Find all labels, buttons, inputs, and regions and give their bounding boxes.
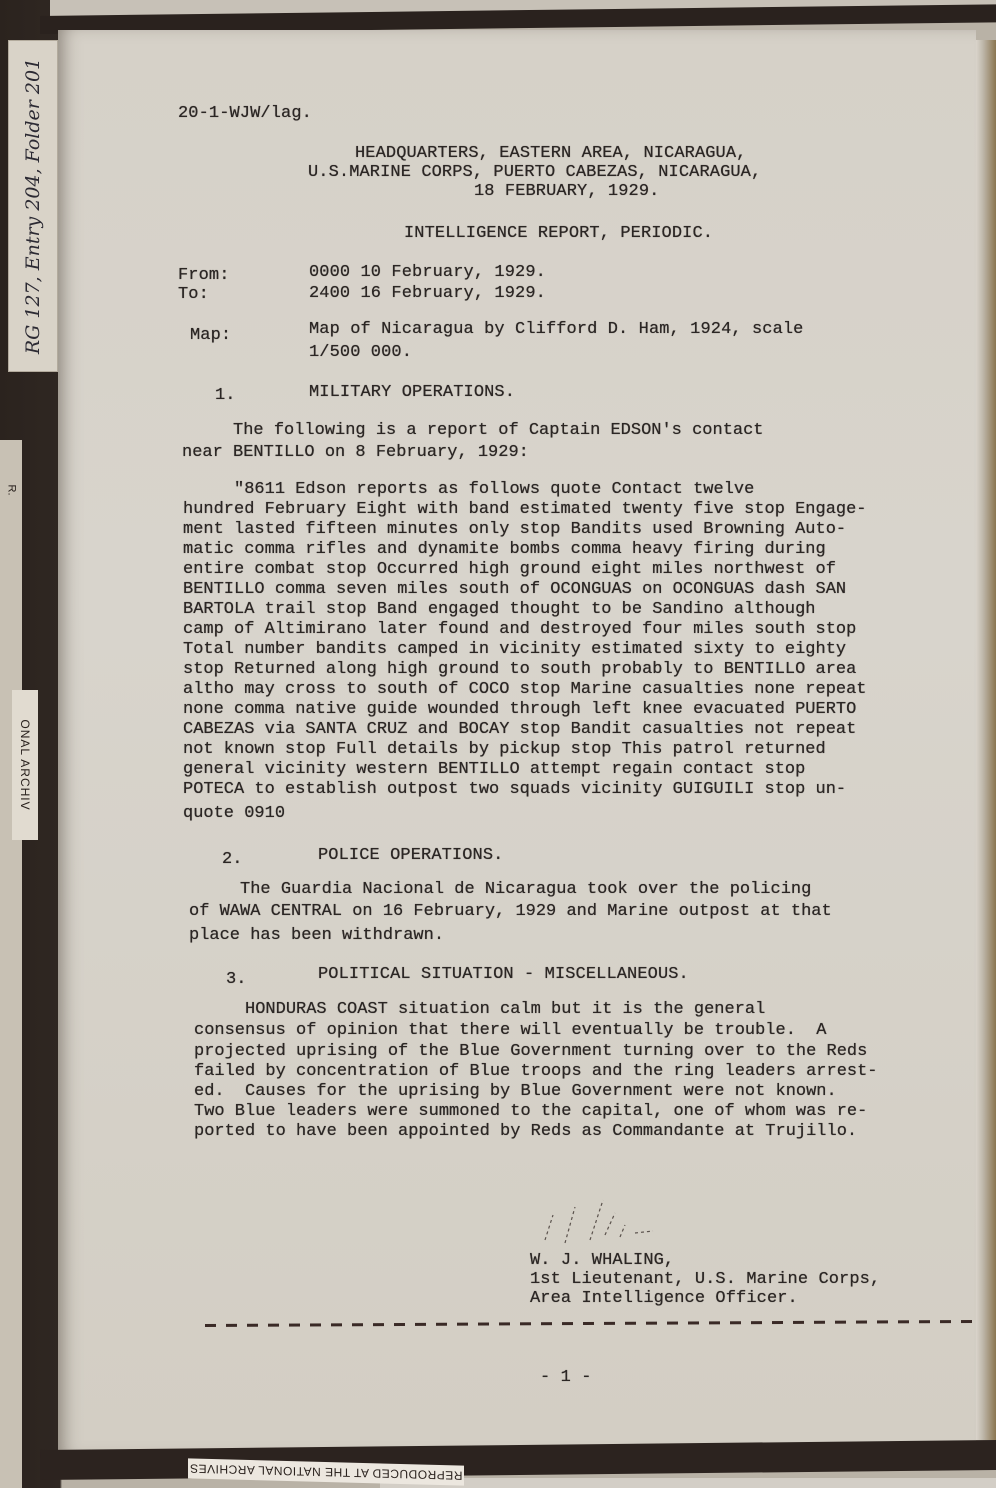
quote-line: matic comma rifles and dynamite bombs co… (183, 540, 826, 559)
quote-line: none comma native guide wounded through … (183, 700, 856, 719)
right-page-edge (974, 40, 996, 1440)
file-reference: 20-1-WJW/lag. (178, 104, 312, 123)
section-2-line: of WAWA CENTRAL on 16 February, 1929 and… (189, 902, 832, 921)
next-page-edge (380, 1478, 996, 1488)
map-label: Map: (190, 326, 231, 345)
section-1-heading: MILITARY OPERATIONS. (309, 383, 515, 402)
section-3-line: ed. Causes for the uprising by Blue Gove… (194, 1082, 837, 1101)
section-3-line: consensus of opinion that there will eve… (194, 1021, 827, 1040)
section-3-heading: POLITICAL SITUATION - MISCELLANEOUS. (318, 965, 689, 984)
archive-folder-label: RG 127, Entry 204, Folder 201 (8, 40, 58, 372)
quote-line: hundred February Eight with band estimat… (183, 500, 867, 519)
quote-line: ment lasted fifteen minutes only stop Ba… (183, 520, 846, 539)
to-label: To: (178, 285, 209, 304)
quote-line: POTECA to establish outpost two squads v… (183, 780, 846, 799)
page-number: - 1 - (540, 1368, 592, 1387)
signatory-title: Area Intelligence Officer. (530, 1289, 798, 1308)
side-mark: R. (6, 485, 18, 496)
quote-line: entire combat stop Occurred high ground … (183, 560, 836, 579)
signatory-rank: 1st Lieutenant, U.S. Marine Corps, (530, 1270, 880, 1289)
side-archive-stamp: ONAL ARCHIV (12, 690, 38, 840)
section-1-number: 1. (215, 386, 236, 405)
section-3-line: projected uprising of the Blue Governmen… (194, 1042, 867, 1061)
section-3-line: ported to have been appointed by Reds as… (194, 1122, 857, 1141)
section-2-line: place has been withdrawn. (189, 926, 444, 945)
section-3-line: failed by concentration of Blue troops a… (194, 1062, 878, 1081)
section-1-intro-line: near BENTILLO on 8 February, 1929: (182, 443, 529, 462)
quote-line: general vicinity western BENTILLO attemp… (183, 760, 805, 779)
quote-line: BENTILLO comma seven miles south of OCON… (183, 580, 846, 599)
side-stamp-text: ONAL ARCHIV (18, 719, 32, 810)
quote-line: Total number bandits camped in vicinity … (183, 640, 846, 659)
quote-line: not known stop Full details by pickup st… (183, 740, 826, 759)
from-value: 0000 10 February, 1929. (309, 263, 546, 282)
from-label: From: (178, 266, 230, 285)
section-3-line: Two Blue leaders were summoned to the ca… (194, 1102, 867, 1121)
header-line-3: 18 FEBRUARY, 1929. (474, 182, 659, 201)
report-title: INTELLIGENCE REPORT, PERIODIC. (404, 224, 713, 243)
left-margin-strip (0, 440, 22, 1488)
handwritten-label-text: RG 127, Entry 204, Folder 201 (22, 58, 44, 354)
quote-line: camp of Altimirano later found and destr… (183, 620, 856, 639)
header-line-2: U.S.MARINE CORPS, PUERTO CABEZAS, NICARA… (308, 163, 761, 182)
section-3-number: 3. (226, 970, 247, 989)
map-line-1: Map of Nicaragua by Clifford D. Ham, 192… (309, 320, 803, 339)
quote-line: altho may cross to south of COCO stop Ma… (183, 680, 867, 699)
quote-line: stop Returned along high ground to south… (183, 660, 856, 679)
signatory-name: W. J. WHALING, (530, 1251, 674, 1270)
section-2-line: The Guardia Nacional de Nicaragua took o… (189, 880, 811, 899)
handwritten-signature-icon (535, 1195, 715, 1255)
section-1-intro-line: The following is a report of Captain EDS… (182, 421, 764, 440)
header-line-1: HEADQUARTERS, EASTERN AREA, NICARAGUA, (355, 144, 746, 163)
section-2-number: 2. (222, 850, 243, 869)
section-3-line: HONDURAS COAST situation calm but it is … (194, 1000, 765, 1019)
quote-line: quote 0910 (183, 804, 285, 823)
quote-line: CABEZAS via SANTA CRUZ and BOCAY stop Ba… (183, 720, 856, 739)
to-value: 2400 16 February, 1929. (309, 284, 546, 303)
section-2-heading: POLICE OPERATIONS. (318, 846, 503, 865)
quote-line: "8611 Edson reports as follows quote Con… (183, 480, 754, 499)
quote-line: BARTOLA trail stop Band engaged thought … (183, 600, 816, 619)
map-line-2: 1/500 000. (309, 343, 412, 362)
